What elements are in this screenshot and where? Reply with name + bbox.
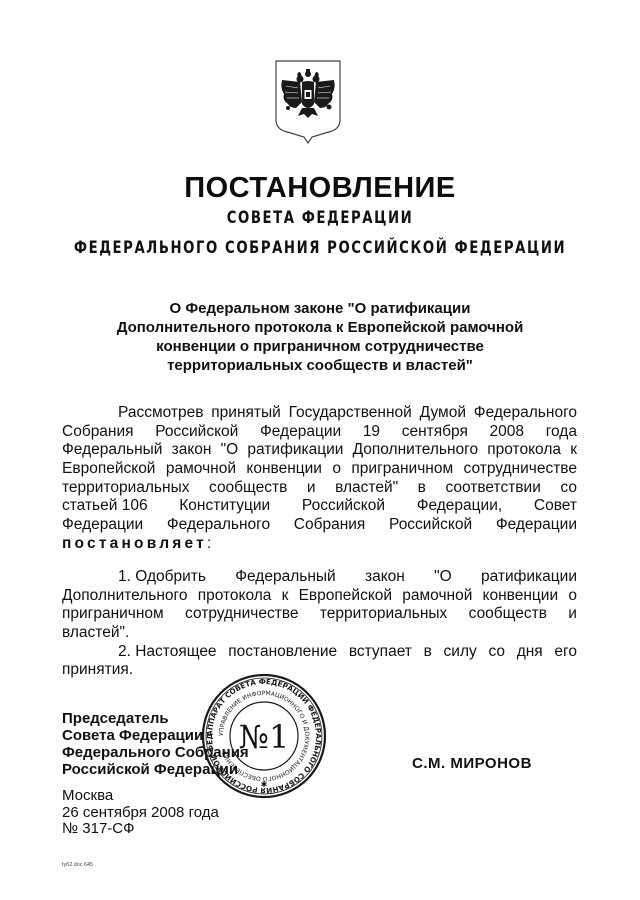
file-reference: tyб2.doc 645 xyxy=(62,862,93,868)
word: "О xyxy=(434,568,452,587)
subject-line: Дополнительного протокола к Европейской … xyxy=(0,318,640,337)
word: его xyxy=(554,643,577,662)
clause-1-line: властей". xyxy=(62,624,577,643)
seal-number: №1 xyxy=(239,718,290,756)
subject-line: конвенции о приграничном сотрудничестве xyxy=(0,337,640,356)
document-issuer-line2: ФЕДЕРАЛЬНОГО СОБРАНИЯ РОССИЙСКОЙ ФЕДЕРАЦ… xyxy=(70,238,569,258)
word: Федерации xyxy=(62,516,143,535)
preamble-line: Европейской рамочной конвенции о пригран… xyxy=(62,460,577,479)
word: приграничном xyxy=(351,460,453,479)
word: Дополнительного xyxy=(353,441,479,460)
word: в xyxy=(424,643,432,662)
word: сообществ xyxy=(469,605,547,624)
word: Федерального xyxy=(474,404,577,423)
preamble-line: Рассмотрев принятый Государственной Думо… xyxy=(62,404,577,423)
word: рамочной xyxy=(402,587,472,606)
word: властей" xyxy=(335,479,398,498)
word: Думой xyxy=(420,404,466,423)
word: о xyxy=(568,587,577,606)
place-date-block: Москва 26 сентября 2008 года № 317-СФ xyxy=(62,788,219,838)
subject-line: территориальных сообществ и властей" xyxy=(0,356,640,375)
word: ратификации xyxy=(481,568,577,587)
word: рамочной xyxy=(166,460,236,479)
signatory-name: С.М. МИРОНОВ xyxy=(412,755,532,772)
word: сообществ xyxy=(209,479,287,498)
word: Российской xyxy=(155,423,238,442)
preamble-line: Собрания Российской Федерации 19 сентябр… xyxy=(62,423,577,442)
word: к xyxy=(570,441,577,460)
word: Государственной xyxy=(289,404,412,423)
word: 2008 xyxy=(490,423,524,442)
word: Российской xyxy=(302,497,385,516)
resolves-word: постановляет xyxy=(62,535,207,554)
word: о xyxy=(332,460,341,479)
document-issuer-line1: СОВЕТА ФЕДЕРАЦИИ xyxy=(70,208,569,228)
official-seal-icon: АППАРАТ СОВЕТА ФЕДЕРАЦИИ ФЕДЕРАЛЬНОГО СО… xyxy=(200,672,328,800)
preamble-paragraph: Рассмотрев принятый Государственной Думо… xyxy=(62,404,577,554)
word: протокола xyxy=(487,441,561,460)
word: 1. Одобрить xyxy=(118,568,206,587)
word: Европейской xyxy=(299,587,392,606)
word: Федеральный xyxy=(235,568,335,587)
word: в xyxy=(418,479,426,498)
preamble-line: Федерации Федерального Собрания Российск… xyxy=(62,516,577,535)
word: Собрания xyxy=(62,423,134,442)
word: Рассмотрев xyxy=(118,404,203,423)
word: постановление xyxy=(228,643,337,662)
word: и xyxy=(307,479,316,498)
word: соответствии xyxy=(445,479,540,498)
clause-1-line: приграничном сотрудничестве территориаль… xyxy=(62,605,577,624)
clauses: 1. Одобрить Федеральный закон "О ратифик… xyxy=(62,568,577,680)
word: со xyxy=(488,643,505,662)
word: Дополнительного xyxy=(62,587,188,606)
word: властей". xyxy=(62,624,129,643)
word: приграничном xyxy=(62,605,164,624)
coat-of-arms-icon xyxy=(272,58,344,144)
word: дня xyxy=(517,643,543,662)
word: Федеральный xyxy=(62,441,162,460)
word: сентября xyxy=(402,423,468,442)
word: и xyxy=(568,605,577,624)
word: вступает xyxy=(349,643,412,662)
word: Федерации xyxy=(496,516,577,535)
clause-1-line: 1. Одобрить Федеральный закон "О ратифик… xyxy=(62,568,577,587)
document-number: № 317-СФ xyxy=(62,821,219,838)
word: Собрания xyxy=(294,516,366,535)
word: со xyxy=(560,479,577,498)
word: принятый xyxy=(211,404,281,423)
word: территориальных xyxy=(320,605,447,624)
word: закон xyxy=(172,441,212,460)
word: протокола xyxy=(198,587,272,606)
clause-1-line: Дополнительного протокола к Европейской … xyxy=(62,587,577,606)
city: Москва xyxy=(62,788,219,805)
preamble-line: территориальных сообществ и властей" в с… xyxy=(62,479,577,498)
document-subject: О Федеральном законе "О ратификации Допо… xyxy=(0,299,640,375)
colon: : xyxy=(207,535,211,554)
word: территориальных xyxy=(62,479,189,498)
word: года xyxy=(546,423,577,442)
word: Европейской xyxy=(62,460,155,479)
word: ратификации xyxy=(247,441,343,460)
subject-line: О Федеральном законе "О ратификации xyxy=(0,299,640,318)
word: конвенции xyxy=(246,460,322,479)
word: Совет xyxy=(534,497,577,516)
word: "О xyxy=(221,441,239,460)
clause-2-line: 2. Настоящее постановление вступает в си… xyxy=(62,643,577,662)
word: статьей 106 xyxy=(62,497,148,516)
word: закон xyxy=(365,568,405,587)
word: силу xyxy=(444,643,477,662)
word: 19 xyxy=(363,423,380,442)
preamble-line: Федеральный закон "О ратификации Дополни… xyxy=(62,441,577,460)
document-title: ПОСТАНОВЛЕНИЕ xyxy=(0,172,640,205)
word: сотрудничестве xyxy=(185,605,298,624)
date: 26 сентября 2008 года xyxy=(62,805,219,822)
word: Российской xyxy=(389,516,472,535)
word: Федерации xyxy=(260,423,341,442)
word: конвенции xyxy=(483,587,559,606)
word: Федерации, xyxy=(417,497,502,516)
word: Федерального xyxy=(167,516,270,535)
word: принятия. xyxy=(62,661,133,680)
resolves-line: постановляет: xyxy=(62,535,577,554)
svg-text:✱: ✱ xyxy=(261,780,268,789)
word: 2. Настоящее xyxy=(118,643,217,662)
preamble-line: статьей 106 Конституции Российской Федер… xyxy=(62,497,577,516)
word: сотрудничестве xyxy=(464,460,577,479)
word: Конституции xyxy=(179,497,270,516)
word: к xyxy=(282,587,289,606)
